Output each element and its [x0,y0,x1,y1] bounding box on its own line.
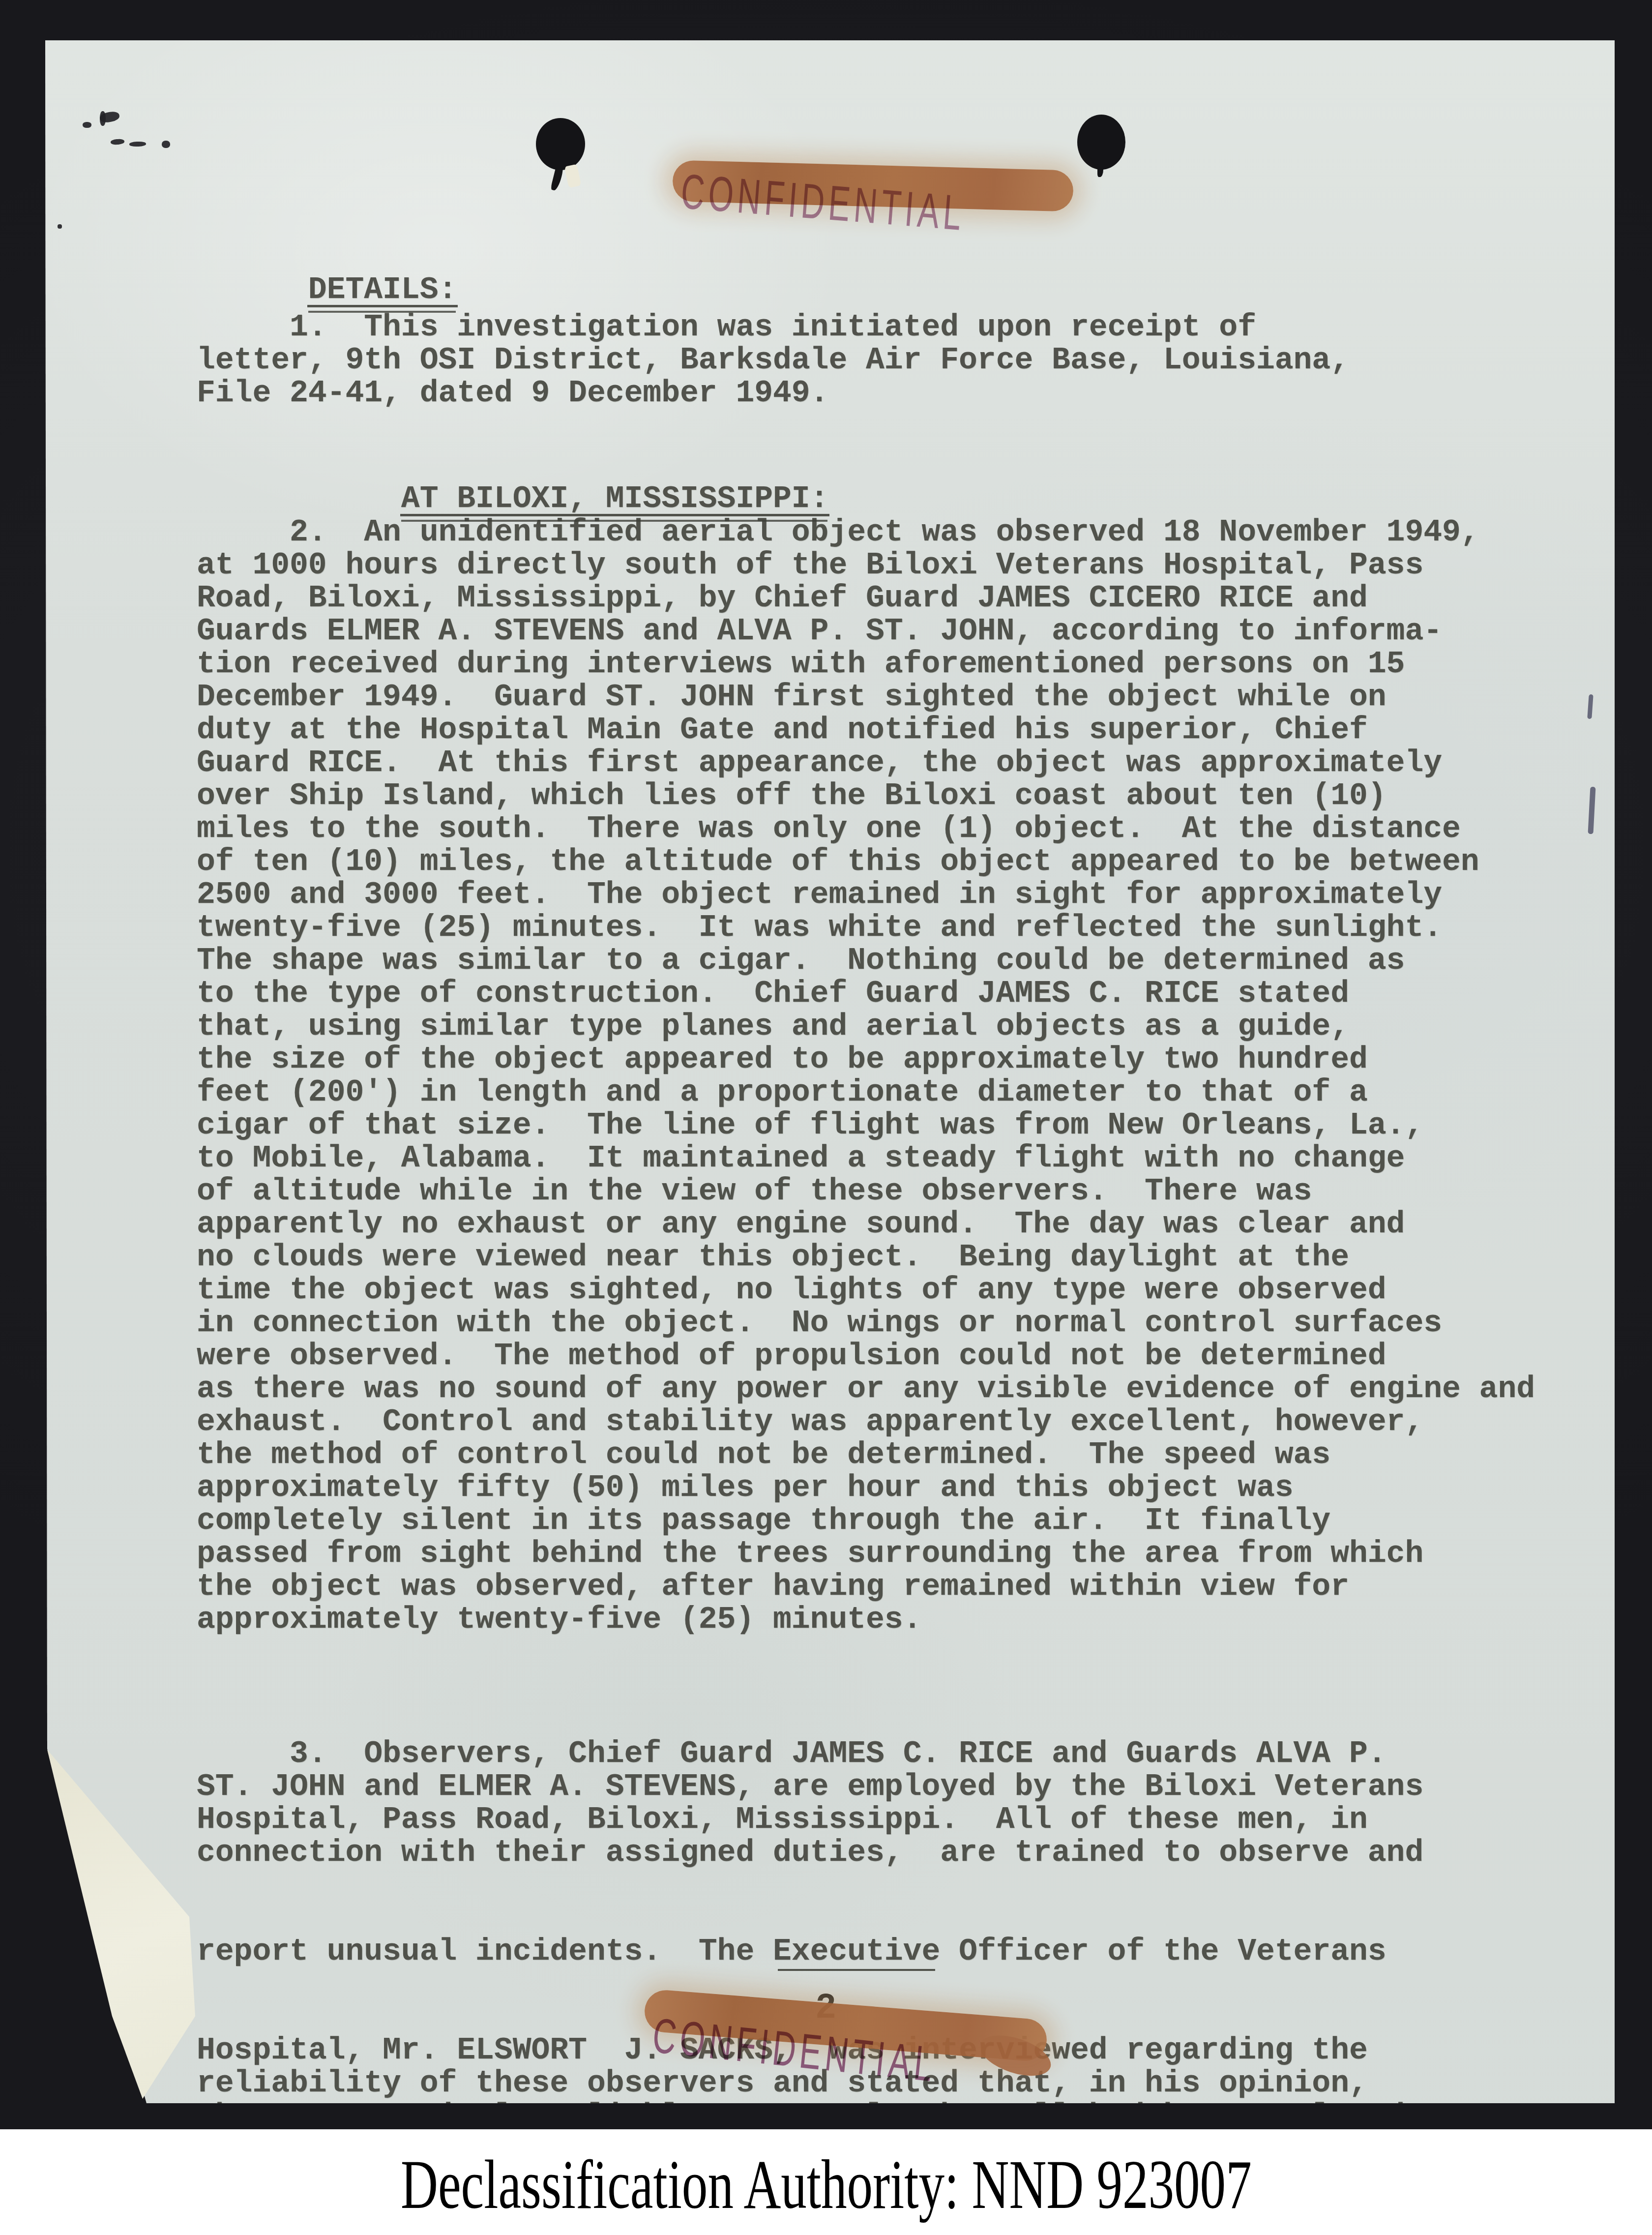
text-line: The shape was similar to a cigar. Nothin… [197,944,1535,977]
text-line: miles to the south. There was only one (… [197,812,1535,845]
ink-speck [111,139,125,145]
text-line: at 1000 hours directly south of the Bilo… [197,549,1535,582]
declassification-text: Declassification Authority: NND 923007 [401,2144,1252,2225]
text-line: Hospital, Pass Road, Biloxi, Mississippi… [197,1803,1423,1836]
location-subheading: AT BILOXI, MISSISSIPPI: [401,482,829,515]
text-line: letter, 9th OSI District, Barksdale Air … [197,344,1349,377]
text-line: File 24-41, dated 9 December 1949. [197,377,1349,410]
text-line: exhaust. Control and stability was appar… [197,1405,1535,1438]
text-line: in connection with the object. No wings … [197,1307,1535,1340]
text-line: connection with their assigned duties, a… [197,1836,1423,1869]
text-line: to the type of construction. Chief Guard… [197,977,1535,1010]
confidential-stamp-top: CONFIDENTIAL [669,157,1091,246]
text-line: the method of control could not be deter… [197,1438,1535,1471]
details-heading: DETAILS: [308,273,457,306]
text-line: tion received during interviews with afo… [197,648,1535,681]
text-line: to Mobile, Alabama. It maintained a stea… [197,1142,1535,1175]
paragraph-2: 2. An unidentified aerial object was obs… [197,516,1535,1636]
text-line: passed from sight behind the trees surro… [197,1537,1535,1570]
text-line: December 1949. Guard ST. JOHN first sigh… [197,681,1535,714]
text-line: the size of the object appeared to be ap… [197,1043,1535,1076]
paragraph-3-lines: 3. Observers, Chief Guard JAMES C. RICE … [197,1737,1423,1869]
ink-speck [162,141,170,148]
text-line: Guards ELMER A. STEVENS and ALVA P. ST. … [197,615,1535,648]
text-line: over Ship Island, which lies off the Bil… [197,779,1535,812]
underlined-word: Executive [773,1934,940,1969]
text-line: the object was observed, after having re… [197,1570,1535,1603]
text-line: time the object was sighted, no lights o… [197,1274,1535,1307]
ink-speck [83,122,91,128]
text-line: of altitude while in the view of these o… [197,1175,1535,1208]
text-line: twenty-five (25) minutes. It was white a… [197,911,1535,944]
text-line: 1. This investigation was initiated upon… [197,311,1349,344]
ink-speck [58,224,62,229]
declassification-banner: Declassification Authority: NND 923007 [0,2129,1652,2235]
text-line: of ten (10) miles, the altitude of this … [197,845,1535,878]
confidential-stamp-bottom: CONFIDENTIAL [639,1997,1072,2095]
text-line: ST. JOHN and ELMER A. STEVENS, are emplo… [197,1770,1423,1803]
text-line: 2. An unidentified aerial object was obs… [197,516,1535,549]
document-paper: DETAILS: 1. This investigation was initi… [45,40,1615,2103]
text-line: completely silent in its passage through… [197,1504,1535,1537]
text-line: 2500 and 3000 feet. The object remained … [197,878,1535,911]
text-line: approximately fifty (50) miles per hour … [197,1471,1535,1504]
margin-mark [1587,694,1593,719]
text-line: no clouds were viewed near this object. … [197,1241,1535,1274]
text-line: Road, Biloxi, Mississippi, by Chief Guar… [197,582,1535,615]
scanned-document-page: DETAILS: 1. This investigation was initi… [0,0,1652,2235]
text-line: duty at the Hospital Main Gate and notif… [197,714,1535,746]
text-line: 3. Observers, Chief Guard JAMES C. RICE … [197,1737,1423,1770]
text-line: Guard RICE. At this first appearance, th… [197,746,1535,779]
text-line: feet (200') in length and a proportionat… [197,1076,1535,1109]
text-line: that, using similar type planes and aeri… [197,1010,1535,1043]
text-segment: Officer of the Veterans [940,1934,1386,1969]
text-line: cigar of that size. The line of flight w… [197,1109,1535,1142]
margin-mark [1588,787,1595,834]
text-line: apparently no exhaust or any engine soun… [197,1208,1535,1241]
text-line: as there was no sound of any power or an… [197,1372,1535,1405]
text-line: report unusual incidents. The Executive … [197,1935,1423,1968]
ink-speck [129,141,146,147]
paragraph-1: 1. This investigation was initiated upon… [197,311,1349,410]
text-line: were observed. The method of propulsion … [197,1340,1535,1372]
text-segment: report unusual incidents. The [197,1934,773,1969]
text-line: approximately twenty-five (25) minutes. [197,1603,1535,1636]
